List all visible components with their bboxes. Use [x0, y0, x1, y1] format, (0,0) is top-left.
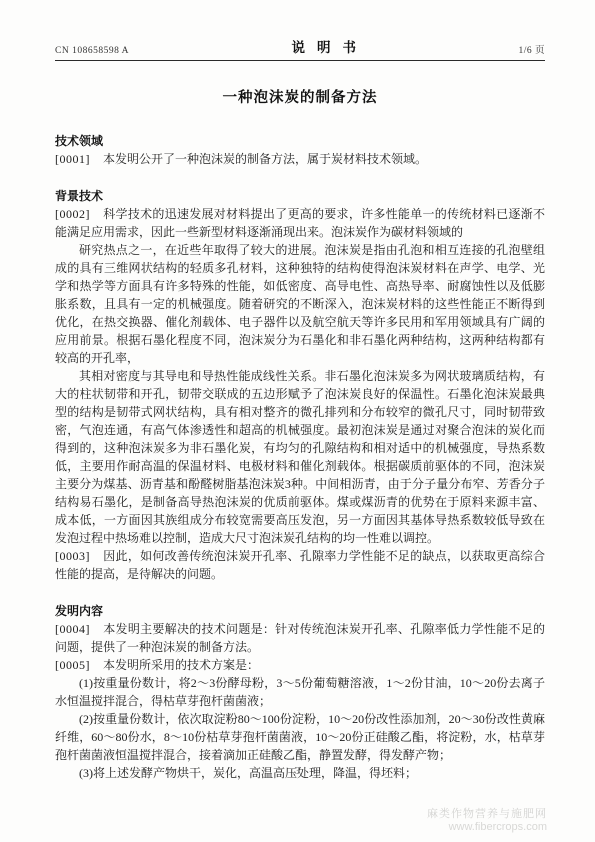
paragraph-0003: [0003]因此，如何改善传统泡沫炭开孔率、孔隙率力学性能不足的缺点，以获取更高… [55, 547, 545, 583]
paragraph-0004: [0004]本发明主要解决的技术问题是：针对传统泡沫炭开孔率、孔隙率低力学性能不… [55, 620, 545, 656]
step-1: (1)按重量份数计，将2～3份酵母粉，3～5份葡萄糖溶液，1～2份甘油，10～2… [55, 674, 545, 710]
paragraph-text: 其相对密度与其导电和导热性能成线性关系。非石墨化泡沫炭多为网状玻璃质结构，有大的… [55, 369, 545, 545]
section-heading-summary: 发明内容 [55, 602, 545, 620]
paragraph-text: (2)按重量份数计，依次取淀粉80～100份淀粉，10～20份改性添加剂，20～… [55, 712, 545, 762]
watermark: 麻类作物营养与施肥网 www.fibercrops.com [427, 808, 547, 834]
paragraph-number: [0001] [55, 150, 90, 168]
paragraph-0005: [0005]本发明所采用的技术方案是： [55, 656, 545, 674]
paragraph-text: 研究热点之一，在近些年取得了较大的进展。泡沫炭是指由孔泡和相互连接的孔泡壁组成的… [55, 243, 545, 365]
watermark-site-url: www.fibercrops.com [427, 821, 547, 834]
step-2: (2)按重量份数计，依次取淀粉80～100份淀粉，10～20份改性添加剂，20～… [55, 710, 545, 764]
document-type-label: 说明书 [280, 36, 369, 56]
page-number: 3 [0, 766, 595, 777]
section-heading-background: 背景技术 [55, 187, 545, 205]
paragraph-number: [0005] [55, 656, 90, 674]
paragraph-0002-cont-1: 研究热点之一，在近些年取得了较大的进展。泡沫炭是指由孔泡和相互连接的孔泡壁组成的… [55, 241, 545, 367]
paragraph-0002-cont-2: 其相对密度与其导电和导热性能成线性关系。非石墨化泡沫炭多为网状玻璃质结构，有大的… [55, 367, 545, 547]
document-header: CN 108658598 A 说明书 1/6 页 [55, 36, 545, 61]
paragraph-number: [0004] [55, 620, 90, 638]
paragraph-number: [0003] [55, 547, 90, 565]
patent-page: CN 108658598 A 说明书 1/6 页 一种泡沫炭的制备方法 技术领域… [0, 0, 595, 842]
invention-title: 一种泡沫炭的制备方法 [55, 86, 545, 107]
paragraph-0002: [0002]科学技术的迅速发展对材料提出了更高的要求，许多性能单一的传统材料已逐… [55, 205, 545, 241]
paragraph-text: 本发明主要解决的技术问题是：针对传统泡沫炭开孔率、孔隙率低力学性能不足的问题，提… [55, 622, 545, 654]
paragraph-text: 科学技术的迅速发展对材料提出了更高的要求，许多性能单一的传统材料已逐渐不能满足应… [55, 207, 545, 239]
document-content: CN 108658598 A 说明书 1/6 页 一种泡沫炭的制备方法 技术领域… [55, 36, 545, 782]
page-indicator: 1/6 页 [518, 42, 545, 56]
patent-number: CN 108658598 A [55, 46, 129, 56]
paragraph-text: 本发明公开了一种泡沫炭的制备方法，属于炭材料技术领域。 [103, 152, 427, 166]
paragraph-0001: [0001]本发明公开了一种泡沫炭的制备方法，属于炭材料技术领域。 [55, 150, 545, 168]
watermark-site-name: 麻类作物营养与施肥网 [427, 808, 547, 821]
paragraph-number: [0002] [55, 205, 90, 223]
paragraph-text: 因此，如何改善传统泡沫炭开孔率、孔隙率力学性能不足的缺点，以获取更高综合性能的提… [55, 549, 545, 581]
paragraph-text: 本发明所采用的技术方案是： [103, 658, 259, 672]
section-heading-technical-field: 技术领域 [55, 132, 545, 150]
paragraph-text: (1)按重量份数计，将2～3份酵母粉，3～5份葡萄糖溶液，1～2份甘油，10～2… [55, 676, 545, 708]
